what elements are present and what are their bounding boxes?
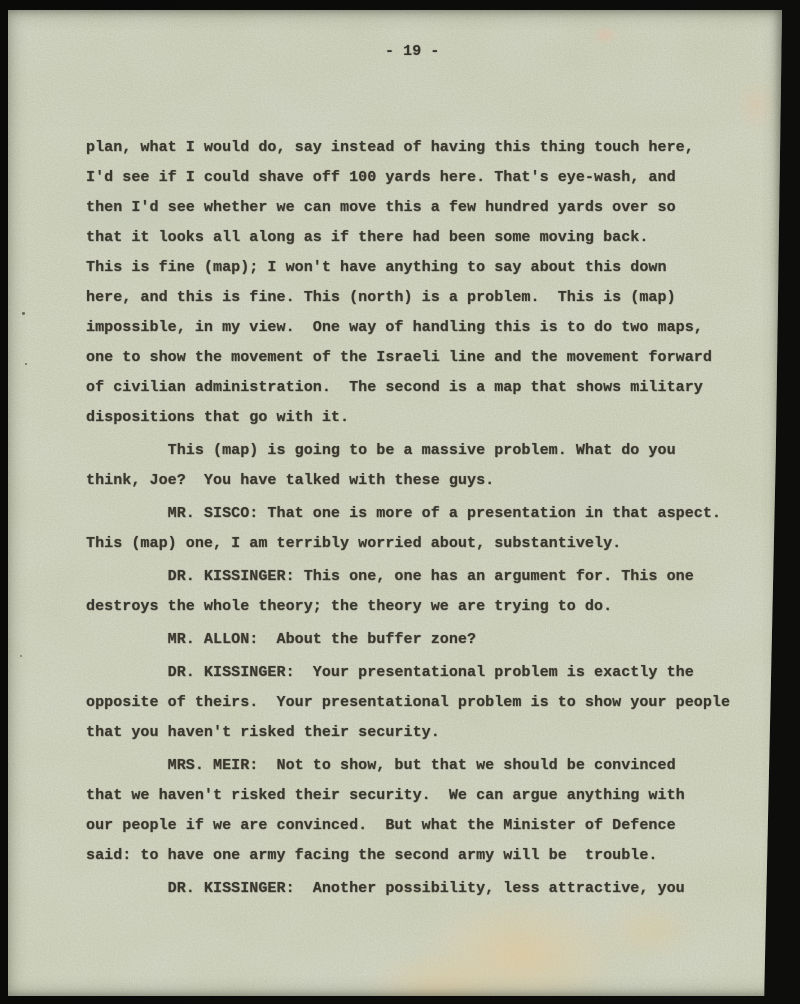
transcript-line: that it looks all along as if there had …: [86, 223, 766, 253]
transcript-line: DR. KISSINGER: Another possibility, less…: [86, 874, 766, 904]
transcript-line: one to show the movement of the Israeli …: [86, 343, 766, 373]
transcript-line: This (map) one, I am terribly worried ab…: [86, 529, 766, 559]
transcript-text: plan, what I would do, say instead of ha…: [86, 133, 766, 904]
transcript-line: dispositions that go with it.: [86, 403, 766, 433]
ink-speck: [20, 655, 22, 657]
transcript-line: MRS. MEIR: Not to show, but that we shou…: [86, 751, 766, 781]
transcript-line: MR. SISCO: That one is more of a present…: [86, 499, 766, 529]
transcript-line: destroys the whole theory; the theory we…: [86, 592, 766, 622]
page-number: - 19 -: [385, 42, 439, 62]
transcript-line: MR. ALLON: About the buffer zone?: [86, 625, 766, 655]
transcript-line: impossible, in my view. One way of handl…: [86, 313, 766, 343]
transcript-line: then I'd see whether we can move this a …: [86, 193, 766, 223]
transcript-line: DR. KISSINGER: Your presentational probl…: [86, 658, 766, 688]
scanned-document-screenshot: { "page": { "number": "- 19 -", "lines":…: [0, 0, 800, 1004]
transcript-line: that you haven't risked their security.: [86, 718, 766, 748]
transcript-line: I'd see if I could shave off 100 yards h…: [86, 163, 766, 193]
transcript-line: opposite of theirs. Your presentational …: [86, 688, 766, 718]
transcript-line: think, Joe? You have talked with these g…: [86, 466, 766, 496]
transcript-line: that we haven't risked their security. W…: [86, 781, 766, 811]
transcript-line: This is fine (map); I won't have anythin…: [86, 253, 766, 283]
transcript-line: plan, what I would do, say instead of ha…: [86, 133, 766, 163]
transcript-line: of civilian administration. The second i…: [86, 373, 766, 403]
transcript-line: This (map) is going to be a massive prob…: [86, 436, 766, 466]
scan-black-border: - 19 - plan, what I would do, say instea…: [0, 0, 800, 1004]
ink-speck: [25, 363, 27, 365]
transcript-line: said: to have one army facing the second…: [86, 841, 766, 871]
transcript-line: our people if we are convinced. But what…: [86, 811, 766, 841]
transcript-line: DR. KISSINGER: This one, one has an argu…: [86, 562, 766, 592]
document-page: - 19 - plan, what I would do, say instea…: [8, 10, 782, 996]
ink-speck: [22, 312, 25, 315]
transcript-line: here, and this is fine. This (north) is …: [86, 283, 766, 313]
